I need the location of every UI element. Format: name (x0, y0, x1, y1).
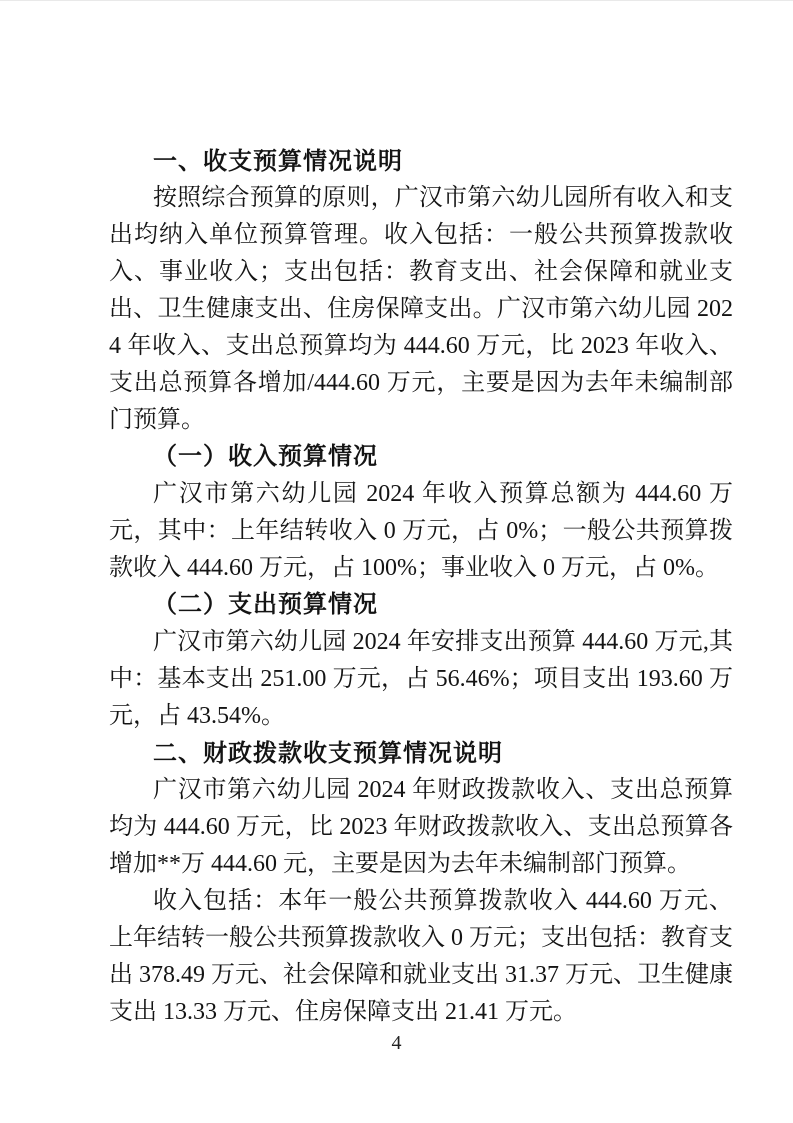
section-heading-budget-overview: 一、收支预算情况说明 (109, 143, 733, 180)
paragraph-fiscal-appropriation-total: 广汉市第六幼儿园 2024 年财政拨款收入、支出总预算均为 444.60 万元，… (109, 772, 733, 883)
document-page: 一、收支预算情况说明 按照综合预算的原则，广汉市第六幼儿园所有收入和支出均纳入单… (0, 0, 793, 1123)
paragraph-budget-overview: 按照综合预算的原则，广汉市第六幼儿园所有收入和支出均纳入单位预算管理。收入包括：… (109, 180, 733, 439)
paragraph-income-budget: 广汉市第六幼儿园 2024 年收入预算总额为 444.60 万元，其中：上年结转… (109, 476, 733, 587)
subsection-heading-income-budget: （一）收入预算情况 (109, 439, 733, 476)
section-heading-fiscal-appropriation: 二、财政拨款收支预算情况说明 (109, 735, 733, 772)
paragraph-expenditure-budget: 广汉市第六幼儿园 2024 年安排支出预算 444.60 万元,其中：基本支出 … (109, 624, 733, 735)
subsection-heading-expenditure-budget: （二）支出预算情况 (109, 587, 733, 624)
document-body: 一、收支预算情况说明 按照综合预算的原则，广汉市第六幼儿园所有收入和支出均纳入单… (109, 143, 733, 1031)
page-number: 4 (0, 1031, 793, 1055)
paragraph-fiscal-appropriation-detail: 收入包括：本年一般公共预算拨款收入 444.60 万元、上年结转一般公共预算拨款… (109, 883, 733, 1031)
